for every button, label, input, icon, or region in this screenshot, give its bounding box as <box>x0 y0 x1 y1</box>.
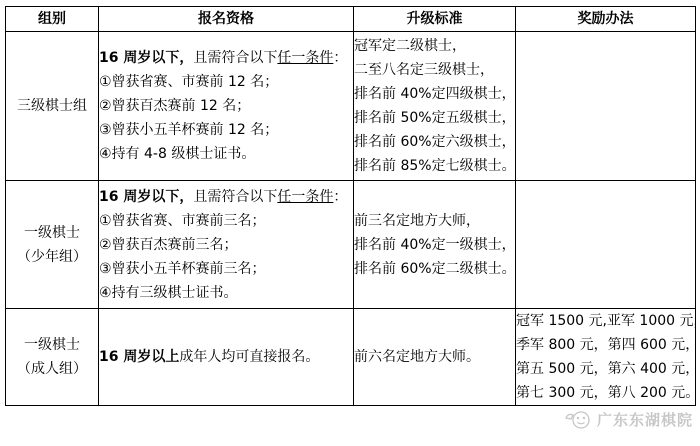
qualification-item: ①曾获省赛、市赛前 12 名； <box>99 70 353 94</box>
reward-line: 第七 300 元，第八 200 元。 <box>516 381 695 405</box>
upgrade-standard-cell: 前三名定地方大师， 排名前 40%定一级棋士， 排名前 60%定二级棋士。 <box>354 181 516 309</box>
upgrade-standard-cell: 前六名定地方大师。 <box>354 309 516 406</box>
upgrade-line: 排名前 60%定六级棋士， <box>354 130 515 154</box>
watermark: 广东东湖棋院 <box>564 409 693 430</box>
page: 组别 报名资格 升级标准 奖励办法 三级棋士组 16 周岁以下，且需符合以下任一… <box>0 0 700 446</box>
upgrade-line: 冠军定二级棋士， <box>354 34 515 58</box>
group-name: 三级棋士组 <box>6 94 98 118</box>
header-row: 组别 报名资格 升级标准 奖励办法 <box>6 7 696 32</box>
upgrade-standard-cell: 冠军定二级棋士， 二至八名定三级棋士， 排名前 40%定四级棋士， 排名前 50… <box>354 32 516 181</box>
group-name: 一级棋士 <box>6 221 98 245</box>
upgrade-line: 排名前 40%定四级棋士， <box>354 82 515 106</box>
qualification-item: ③曾获小五羊杯赛前三名； <box>99 257 353 281</box>
group-name-cell: 一级棋士 （少年组） <box>6 181 99 309</box>
qualification-intro: 16 周岁以下，且需符合以下任一条件： <box>99 46 353 70</box>
qualification-intro: 16 周岁以下，且需符合以下任一条件： <box>99 185 353 209</box>
table-row-grade3-group: 三级棋士组 16 周岁以下，且需符合以下任一条件： ①曾获省赛、市赛前 12 名… <box>6 32 696 181</box>
upgrade-line: 前三名定地方大师， <box>354 209 515 233</box>
registration-table: 组别 报名资格 升级标准 奖励办法 三级棋士组 16 周岁以下，且需符合以下任一… <box>5 6 696 406</box>
header-group: 组别 <box>6 7 99 32</box>
qualification-intro: 16 周岁以上成年人均可直接报名。 <box>99 345 353 369</box>
group-name-cell: 一级棋士 （成人组） <box>6 309 99 406</box>
qualification-item: ③曾获小五羊杯赛前 12 名； <box>99 118 353 142</box>
club-logo-icon <box>564 410 592 430</box>
qualification-item: ④持有 4-8 级棋士证书。 <box>99 142 353 166</box>
group-name-cell: 三级棋士组 <box>6 32 99 181</box>
header-reward-method: 奖励办法 <box>516 7 696 32</box>
qualification-item: ②曾获百杰赛前 12 名； <box>99 94 353 118</box>
qualification-item: ②曾获百杰赛前三名； <box>99 233 353 257</box>
watermark-text: 广东东湖棋院 <box>597 409 693 430</box>
reward-cell: 冠军 1500 元,亚军 1000 元， 季军 800 元，第四 600 元， … <box>516 309 696 406</box>
reward-line: 季军 800 元，第四 600 元， <box>516 333 695 357</box>
reward-line: 冠军 1500 元,亚军 1000 元， <box>516 309 695 333</box>
table-row-grade1-adult: 一级棋士 （成人组） 16 周岁以上成年人均可直接报名。 前六名定地方大师。 冠… <box>6 309 696 406</box>
header-qualification: 报名资格 <box>99 7 354 32</box>
reward-cell-empty <box>516 32 696 181</box>
qualification-cell: 16 周岁以下，且需符合以下任一条件： ①曾获省赛、市赛前三名； ②曾获百杰赛前… <box>99 181 354 309</box>
upgrade-line: 排名前 85%定七级棋士。 <box>354 154 515 178</box>
group-name-sub: （成人组） <box>6 357 98 381</box>
table-row-grade1-youth: 一级棋士 （少年组） 16 周岁以下，且需符合以下任一条件： ①曾获省赛、市赛前… <box>6 181 696 309</box>
reward-line: 第五 500 元，第六 400 元， <box>516 357 695 381</box>
group-name: 一级棋士 <box>6 333 98 357</box>
upgrade-line: 二至八名定三级棋士， <box>354 58 515 82</box>
reward-cell-empty <box>516 181 696 309</box>
qualification-item: ①曾获省赛、市赛前三名； <box>99 209 353 233</box>
header-upgrade-standard: 升级标准 <box>354 7 516 32</box>
qualification-item: ④持有三级棋士证书。 <box>99 281 353 305</box>
upgrade-line: 前六名定地方大师。 <box>354 345 515 369</box>
upgrade-line: 排名前 60%定二级棋士。 <box>354 257 515 281</box>
qualification-cell: 16 周岁以下，且需符合以下任一条件： ①曾获省赛、市赛前 12 名； ②曾获百… <box>99 32 354 181</box>
qualification-cell: 16 周岁以上成年人均可直接报名。 <box>99 309 354 406</box>
upgrade-line: 排名前 50%定五级棋士， <box>354 106 515 130</box>
upgrade-line: 排名前 40%定一级棋士， <box>354 233 515 257</box>
group-name-sub: （少年组） <box>6 245 98 269</box>
